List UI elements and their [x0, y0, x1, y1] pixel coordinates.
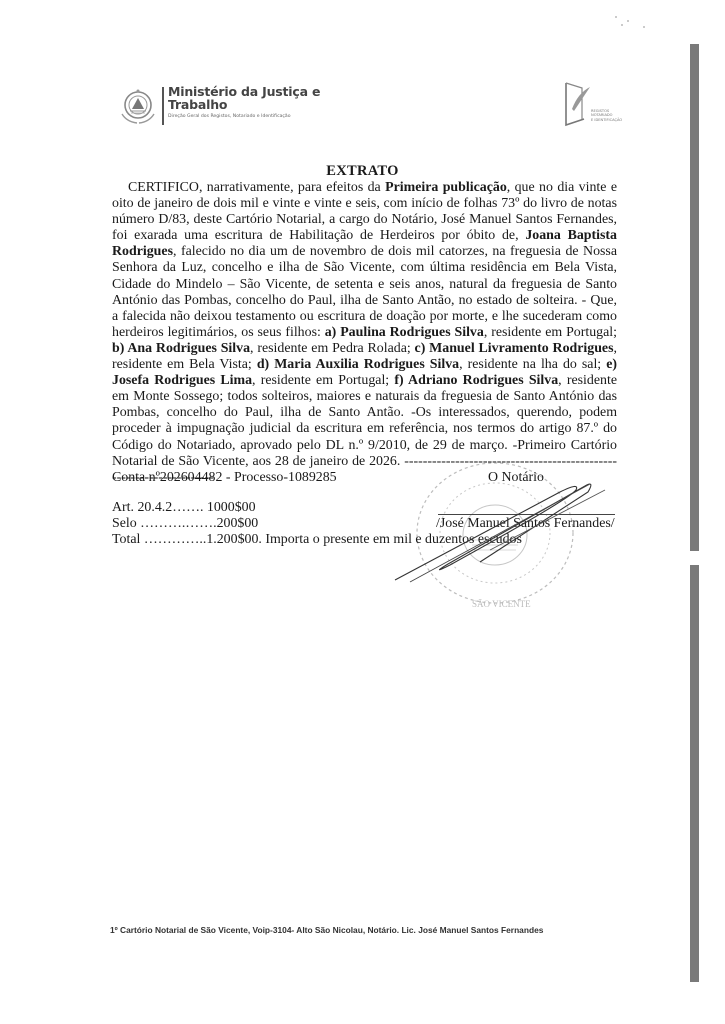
scan-edge-bar [690, 44, 699, 544]
text-run: CERTIFICO, narrativamente, para efeitos … [128, 180, 385, 195]
signature-line [438, 514, 615, 515]
bold-name-run: a) Paulina Rodrigues Silva [325, 325, 484, 340]
ministry-logo: Ministério da Justiça e Trabalho Direção… [117, 86, 320, 128]
account-process-line: Conta nº202604482 - Processo-1089285 [112, 470, 337, 486]
certificate-body: CERTIFICO, narrativamente, para efeitos … [112, 180, 617, 486]
bold-name-run: Primeira publicação [385, 180, 507, 195]
seal-text: SÃO VICENTE [472, 599, 531, 609]
bold-name-run: b) Ana Rodrigues Silva [112, 341, 250, 356]
scan-edge-bar [690, 521, 699, 551]
document-title: EXTRATO [0, 163, 725, 180]
notary-label: O Notário [488, 470, 544, 486]
certificate-paragraph: CERTIFICO, narrativamente, para efeitos … [112, 180, 617, 486]
text-run: , residente em Pedra Rolada; [250, 341, 415, 356]
ministry-subtitle: Direção Geral dos Registos, Notariado e … [168, 114, 320, 119]
scan-edge-bar [690, 565, 699, 982]
text-run: , residente em Portugal; [252, 373, 394, 388]
text-run: , residente na lha do sal; [459, 357, 606, 372]
registos-logo-text: REGISTOS NOTARIADO E IDENTIFICAÇÃO [591, 109, 622, 122]
bold-name-run: c) Manuel Livramento Rodrigues [415, 341, 614, 356]
fee-art: Art. 20.4.2……. 1000$00 [112, 500, 256, 516]
fee-selo: Selo ……….…….200$00 [112, 516, 258, 532]
registos-logo: REGISTOS NOTARIADO E IDENTIFICAÇÃO [558, 79, 628, 129]
ministry-title-line2: Trabalho [168, 99, 320, 112]
text-run: , residente em Monte Sossego; todos solt… [112, 373, 617, 485]
notary-name: /José Manuel Santos Fernandes/ [436, 516, 615, 532]
text-run: , residente em Portugal; [484, 325, 617, 340]
bold-name-run: f) Adriano Rodrigues Silva [394, 373, 558, 388]
coat-of-arms-icon [117, 86, 159, 128]
scan-specks [615, 14, 655, 30]
logo-divider [162, 87, 164, 125]
footer-notary-info: 1º Cartório Notarial de São Vicente, Voi… [110, 925, 543, 935]
logo-text-line: E IDENTIFICAÇÃO [591, 118, 622, 122]
bold-name-run: d) Maria Auxilia Rodrigues Silva [257, 357, 459, 372]
fee-total: Total …………..1.200$00. Importa o presente… [112, 532, 522, 548]
